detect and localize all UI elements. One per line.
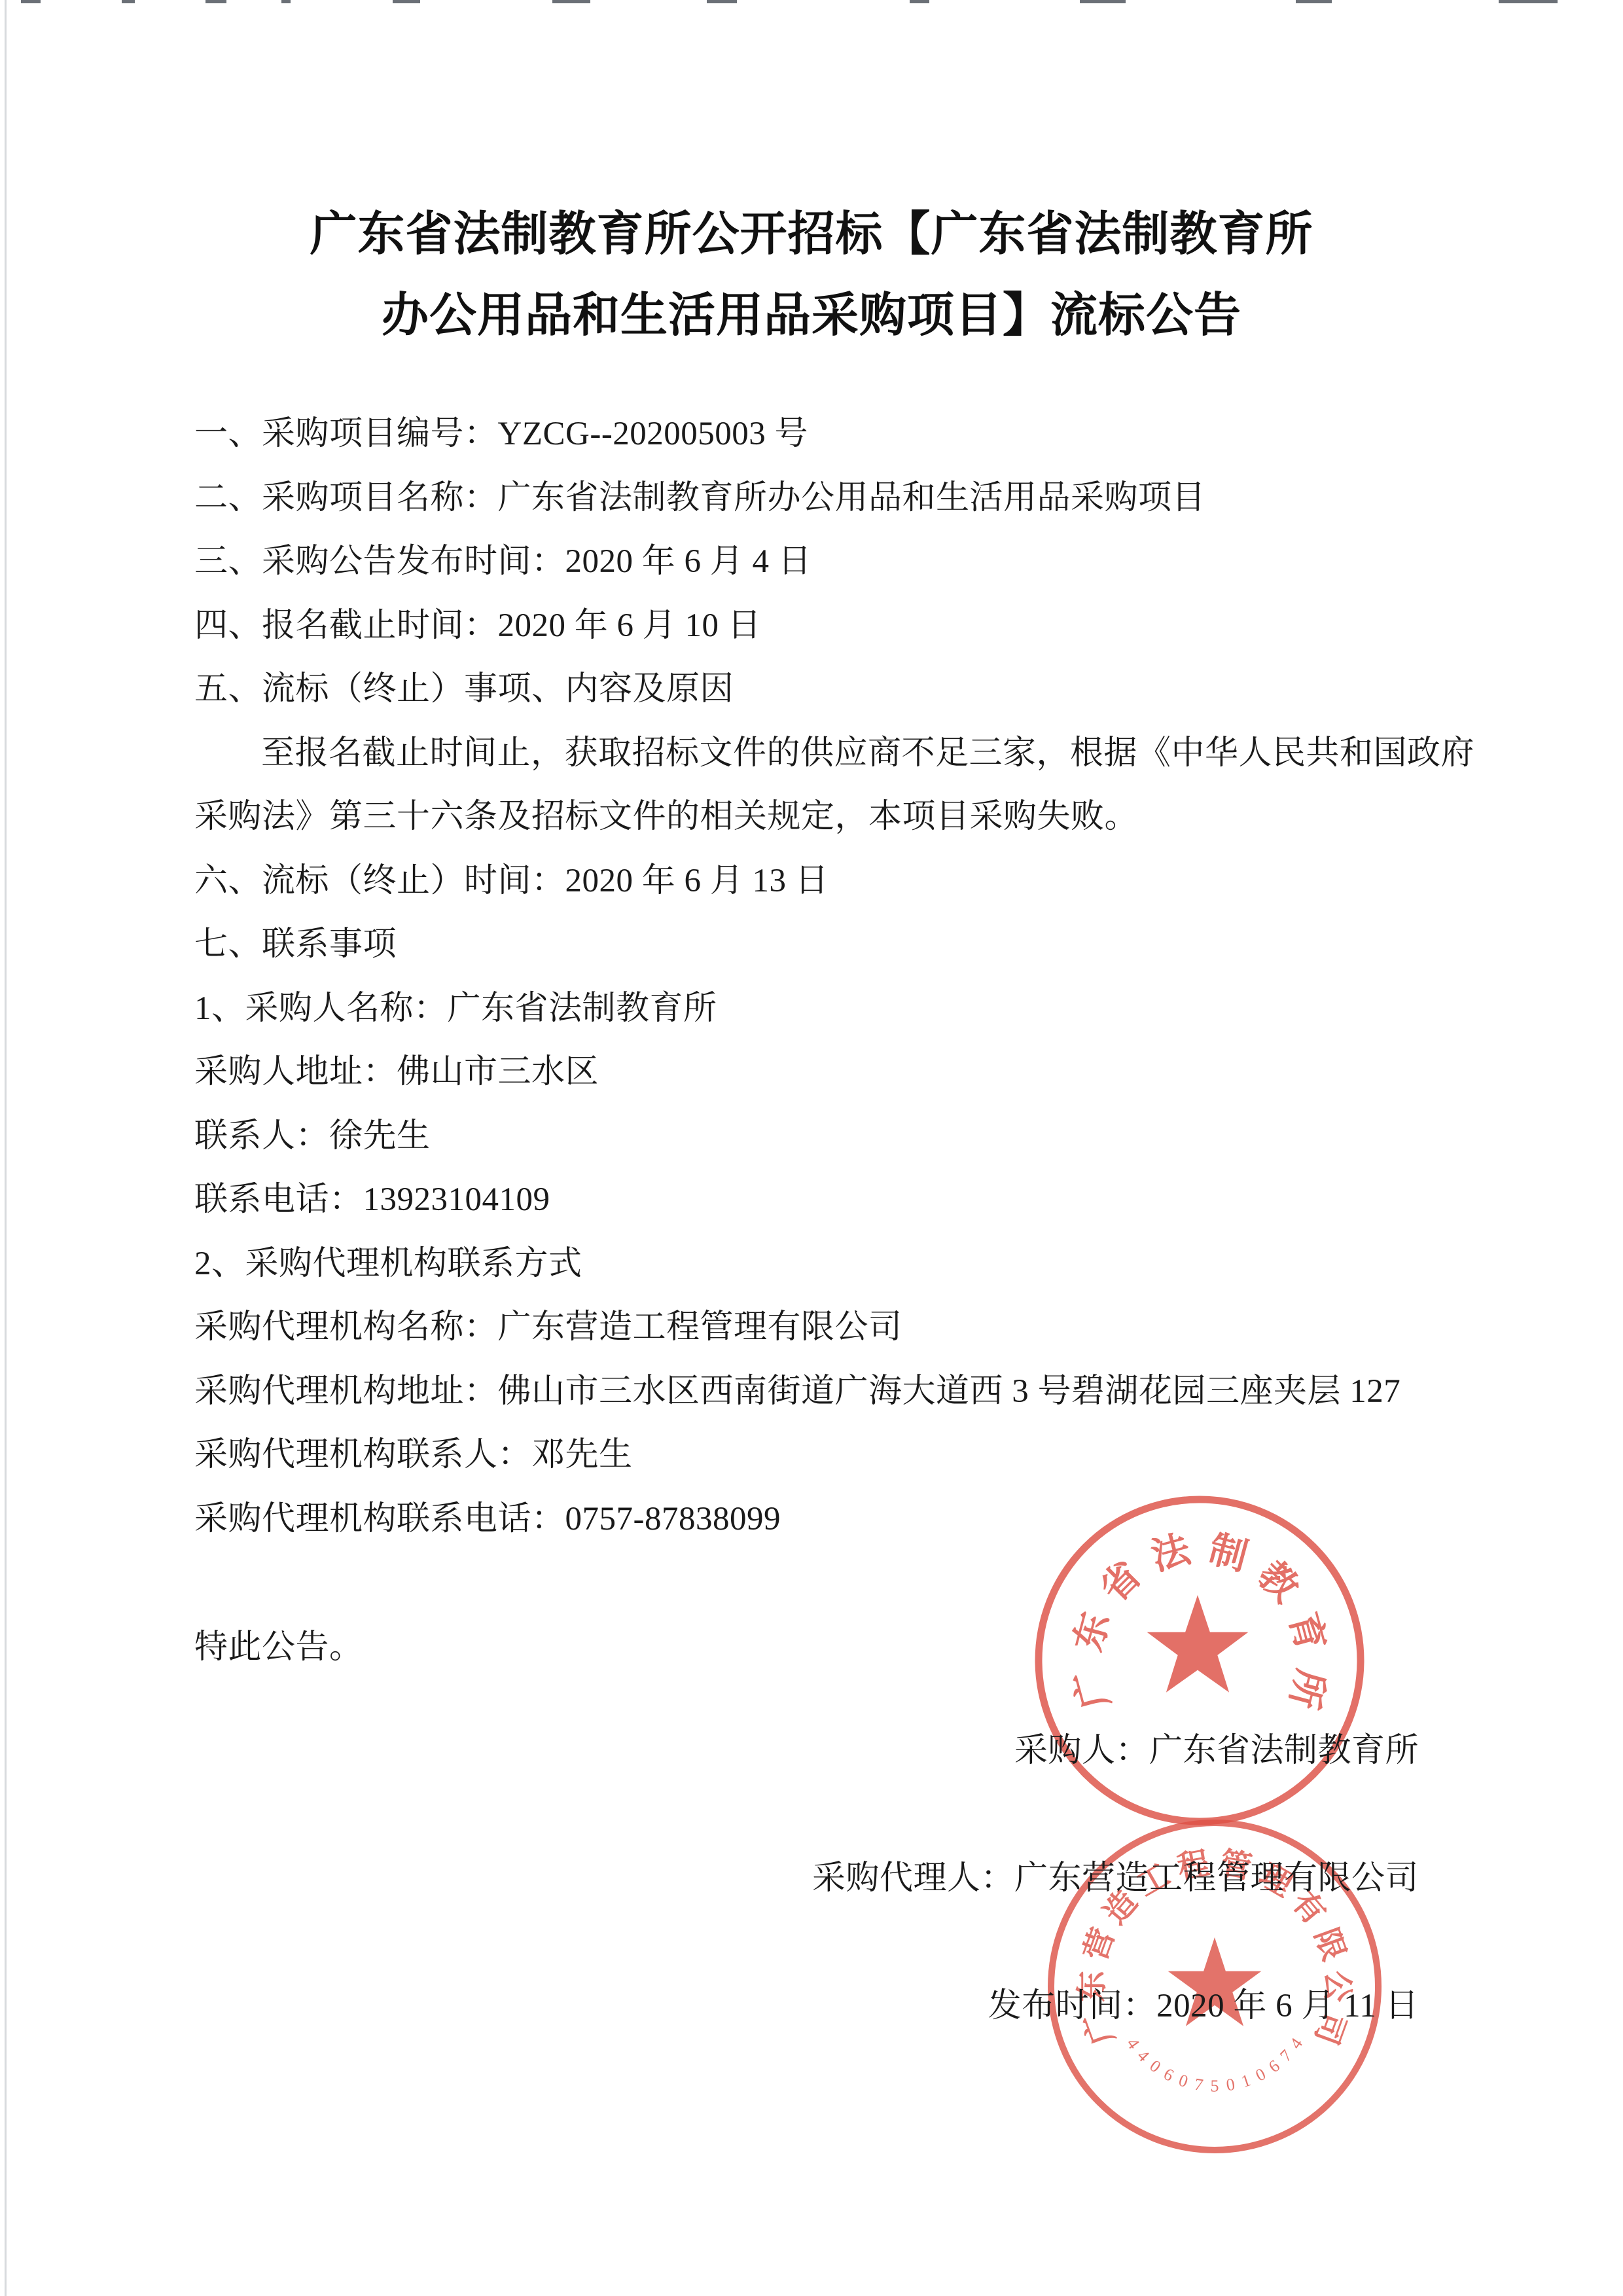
seal-arc-char: 育 [1281, 1608, 1332, 1656]
body-line: 采购法》第三十六条及招标文件的相关规定，本项目采购失败。 [194, 785, 1457, 850]
seal-arc-char: 法 [1147, 1528, 1196, 1579]
body-line: 至报名截止时间止，获取招标文件的供应商不足三家，根据《中华人民共和国政府 [194, 722, 1457, 786]
body-line: 联系电话：13923104109 [194, 1168, 1457, 1232]
scan-top-dash [1499, 0, 1558, 3]
document-title: 广东省法制教育所公开招标【广东省法制教育所 办公用品和生活用品采购项目】流标公告 [0, 194, 1623, 356]
seal-arc-char: 4 [1133, 2046, 1153, 2066]
scan-top-dash [122, 0, 135, 3]
seal-arc-char: 所 [1281, 1666, 1332, 1713]
seal-arc-char: 东 [1067, 1608, 1118, 1656]
body-line: 联系人：徐先生 [194, 1105, 1457, 1169]
seal-graphic-purchaser: 广东省法制教育所 [1026, 1487, 1373, 1834]
scan-top-dash [281, 0, 291, 3]
seal-arc-char: 省 [1092, 1553, 1149, 1610]
scan-top-dash [910, 0, 929, 3]
seal-arc-char: 4 [1286, 2034, 1306, 2052]
seal-arc-char: 7 [1193, 2075, 1204, 2095]
document-title-line-2: 办公用品和生活用品采购项目】流标公告 [0, 275, 1623, 356]
seal-arc-char: 5 [1211, 2076, 1219, 2095]
body-line: 五、流标（终止）事项、内容及原因 [194, 658, 1457, 722]
seal-arc-char: 0 [1176, 2070, 1190, 2091]
scan-top-dash [707, 0, 737, 3]
seal-arc-char: 6 [1160, 2064, 1177, 2085]
scan-top-dash [552, 0, 590, 3]
body-line: 七、联系事项 [194, 913, 1457, 977]
seal-arc-char: 0 [1253, 2064, 1269, 2085]
seal-arc-char: 制 [1205, 1528, 1253, 1579]
body-line: 二、采购项目名称：广东省法制教育所办公用品和生活用品采购项目 [194, 467, 1457, 531]
seal-arc-char: 1 [1239, 2070, 1253, 2091]
body-line: 采购代理机构联系人：邓先生 [194, 1424, 1457, 1488]
seal-arc-char: 教 [1250, 1553, 1308, 1611]
body-line: 一、采购项目编号：YZCG--202005003 号 [194, 403, 1457, 467]
scan-top-dash [205, 0, 226, 3]
seal-arc-char: 广 [1067, 1666, 1118, 1713]
body-line: 2、采购代理机构联系方式 [194, 1232, 1457, 1297]
scanned-document-page: 广东省法制教育所公开招标【广东省法制教育所 办公用品和生活用品采购项目】流标公告… [0, 0, 1623, 2296]
scan-top-dash [21, 0, 41, 3]
body-line: 采购代理机构地址：佛山市三水区西南街道广海大道西 3 号碧湖花园三座夹层 127 [194, 1360, 1457, 1424]
body-lines: 一、采购项目编号：YZCG--202005003 号二、采购项目名称：广东省法制… [194, 403, 1457, 1551]
scan-top-dash [1080, 0, 1126, 3]
closing-statement: 特此公告。 [194, 1631, 363, 1664]
seal-arc-char: 6 [1265, 2056, 1283, 2076]
body-line: 采购人地址：佛山市三水区 [194, 1041, 1457, 1105]
signature-publish-date: 发布时间：2020 年 6 月 11 日 [988, 1990, 1419, 2023]
signature-agent: 采购代理人：广东营造工程管理有限公司 [812, 1862, 1419, 1895]
seal-arc-char: 营 [1078, 1924, 1121, 1965]
signature-purchaser: 采购人：广东省法制教育所 [1014, 1734, 1419, 1768]
scan-top-dash [393, 0, 420, 3]
body-line: 六、流标（终止）时间：2020 年 6 月 13 日 [194, 850, 1457, 914]
body-line: 三、采购公告发布时间：2020 年 6 月 4 日 [194, 530, 1457, 594]
body-line: 四、报名截止时间：2020 年 6 月 10 日 [194, 594, 1457, 658]
seal-arc-char: 7 [1276, 2046, 1296, 2066]
document-title-line-1: 广东省法制教育所公开招标【广东省法制教育所 [0, 194, 1623, 275]
seal-arc-char: 0 [1225, 2075, 1236, 2095]
seal-arc-char: 0 [1146, 2056, 1164, 2076]
body-line: 1、采购人名称：广东省法制教育所 [194, 977, 1457, 1041]
official-seal-purchaser: 广东省法制教育所 [1026, 1487, 1373, 1837]
seal-arc-char: 限 [1308, 1924, 1351, 1965]
star-icon [1147, 1595, 1249, 1693]
body-line: 采购代理机构名称：广东营造工程管理有限公司 [194, 1296, 1457, 1360]
scan-top-dash [1296, 0, 1332, 3]
seal-arc-char: 4 [1123, 2035, 1143, 2053]
